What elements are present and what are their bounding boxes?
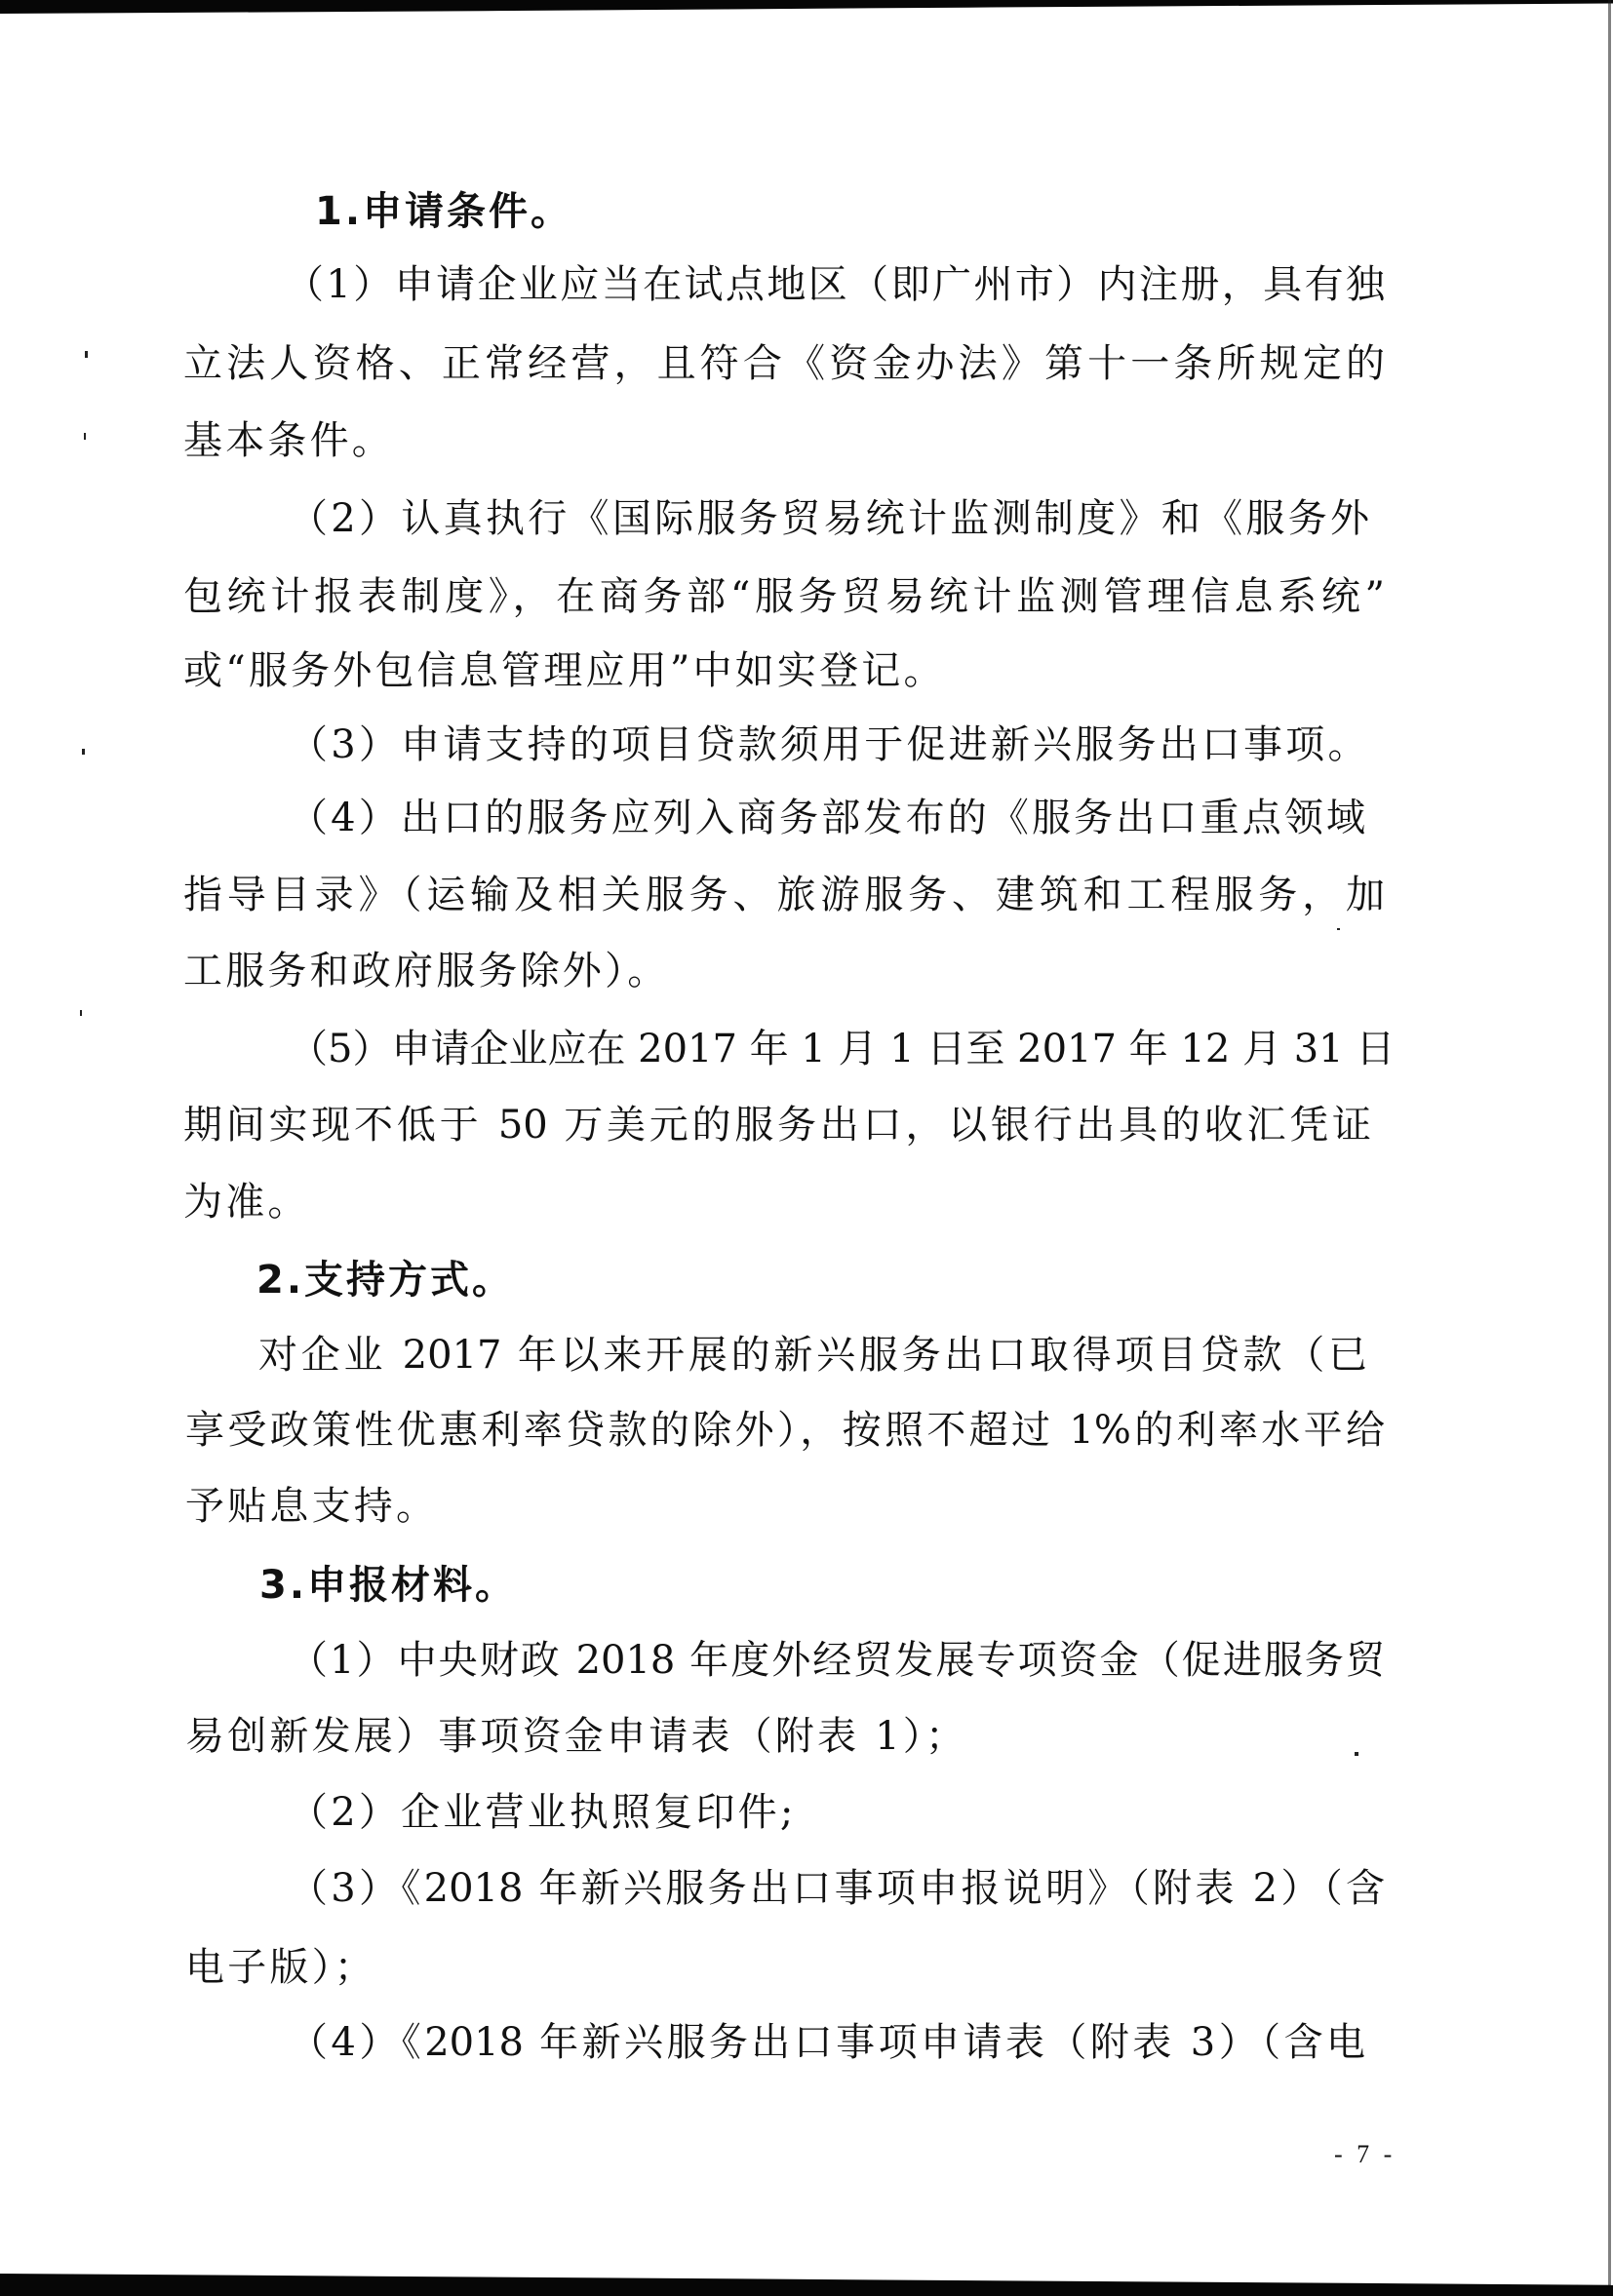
paragraph-line: 享受政策性优惠利率贷款的除外），按照不超过 1%的利率水平给	[185, 1407, 1385, 1454]
scan-speck	[82, 749, 85, 755]
section-heading: 3.申报材料。	[259, 1562, 517, 1609]
paragraph-line: 指导目录》（运输及相关服务、旅游服务、建筑和工程服务，加	[183, 872, 1385, 918]
section-heading: 2.支持方式。	[256, 1257, 514, 1304]
paragraph-line: 易创新发展）事项资金申请表（附表 1）；	[185, 1713, 967, 1760]
section-heading: 1.申请条件。	[315, 188, 572, 235]
paragraph-line: （1）中央财政 2018 年度外经贸发展专项资金（促进服务贸	[289, 1637, 1385, 1684]
page-number: - 7 -	[1334, 2139, 1396, 2170]
scan-speck	[84, 433, 86, 440]
paragraph-line: 基本条件。	[183, 417, 394, 464]
paragraph-line: 电子版）；	[185, 1944, 376, 1991]
paragraph-line: 包统计报表制度》，在商务部“服务贸易统计监测管理信息系统”	[183, 573, 1385, 620]
scan-speck	[85, 351, 88, 358]
paragraph-line: 期间实现不低于 50 万美元的服务出口，以银行出具的收汇凭证	[183, 1102, 1371, 1148]
paragraph-line: （1）申请企业应当在试点地区（即广州市）内注册，具有独	[285, 261, 1385, 308]
paragraph-line: 工服务和政府服务除外）。	[183, 948, 669, 994]
paragraph-line: （3）申请支持的项目贷款须用于促进新兴服务出口事项。	[289, 721, 1370, 768]
paragraph-line: （2）企业营业执照复印件;	[289, 1789, 797, 1836]
paragraph-line: 为准。	[183, 1179, 310, 1226]
paragraph-line: （4）出口的服务应列入商务部发布的《服务出口重点领域	[289, 795, 1365, 841]
paragraph-line: 立法人资格、正常经营，且符合《资金办法》第十一条所规定的	[183, 340, 1385, 387]
paragraph-line: （5）申请企业应在 2017 年 1 月 1 日至 2017 年 12 月 31…	[289, 1026, 1369, 1072]
paragraph-line: （2）认真执行《国际服务贸易统计监测制度》和《服务外	[289, 495, 1369, 542]
paragraph-line: （4）《2018 年新兴服务出口事项申请表（附表 3）（含电	[289, 2019, 1365, 2066]
scan-border-bottom	[0, 2272, 1613, 2296]
paragraph-line: （3）《2018 年新兴服务出口事项申报说明》（附表 2）（含	[289, 1865, 1385, 1912]
paragraph-line: 或“服务外包信息管理应用”中如实登记。	[183, 647, 946, 694]
scan-speck	[1355, 1752, 1358, 1756]
scan-border-top	[0, 0, 1613, 14]
scan-speck	[80, 1010, 82, 1016]
scan-speck	[1337, 928, 1340, 930]
scan-border-right	[1608, 0, 1611, 2286]
paragraph-line: 对企业 2017 年以来开展的新兴服务出口取得项目贷款（已	[258, 1332, 1367, 1379]
paragraph-line: 予贴息支持。	[185, 1483, 438, 1530]
